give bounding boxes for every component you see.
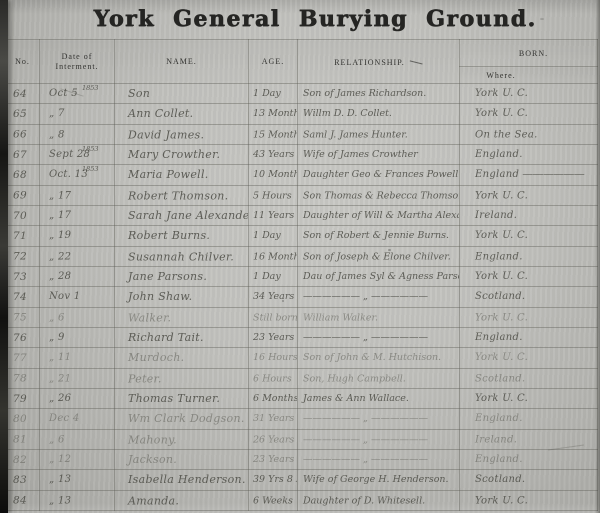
- table-row: 74 Nov 1 John Shaw. 34 Years —————— „ ——…: [6, 287, 598, 307]
- cell-entry-number: 79: [6, 388, 40, 408]
- cell-name: John Shaw.: [115, 287, 249, 307]
- cell-born: Ireland.: [460, 429, 598, 449]
- cell-interment-date: „ 7: [40, 104, 115, 124]
- cell-entry-number: 76: [6, 327, 40, 347]
- cell-interment-date: „ 13: [40, 490, 115, 510]
- date-text: „ 19: [49, 230, 71, 241]
- table-row: 84 „ 13 Amanda. 6 Weeks Daughter of D. W…: [6, 490, 598, 510]
- date-text: „ 6: [49, 434, 65, 445]
- cell-name: Thomas Turner.: [115, 388, 249, 408]
- cell-entry-number: 81: [6, 429, 40, 449]
- cell-interment-date: „ 22: [40, 247, 115, 267]
- cell-entry-number: 64: [6, 84, 40, 104]
- cell-age: 23 Years: [249, 327, 298, 347]
- cell-age: 10 Months: [249, 165, 298, 185]
- date-text: „ 17: [49, 190, 71, 201]
- cell-entry-number: 78: [6, 368, 40, 388]
- cell-age: 11 Years: [249, 205, 298, 225]
- table-row: 73 „ 28 Jane Parsons. 1 Day Dau of James…: [6, 266, 598, 286]
- cell-entry-number: 72: [6, 247, 40, 267]
- table-row: 75 „ 6 Walker. Still born William Walker…: [6, 307, 598, 327]
- cell-name: Mary Crowther.: [115, 144, 249, 164]
- cell-entry-number: 68: [6, 165, 40, 185]
- cell-interment-date: „ 13: [40, 470, 115, 490]
- date-text: Nov 1: [49, 291, 80, 302]
- col-header-where: Where.: [460, 67, 598, 84]
- cell-interment-date: Dec 4: [40, 409, 115, 429]
- table-row: 81 „ 6 Mahony. 26 Years —————— „ —————— …: [6, 429, 598, 449]
- cell-age: 5 Hours: [249, 186, 298, 206]
- cell-age: 1 Day: [249, 266, 298, 286]
- table-row: 80 Dec 4 Wm Clark Dodgson. 31 Years ————…: [6, 409, 598, 429]
- cell-entry-number: 82: [6, 449, 40, 469]
- cell-relationship: Daughter Geo & Frances Powell.: [298, 165, 460, 185]
- table-row: 77 „ 11 Murdoch. 16 Hours Son of John & …: [6, 348, 598, 368]
- cell-born: Scotland.: [460, 368, 598, 388]
- date-text: „ 26: [49, 393, 71, 404]
- cell-relationship: Dau of James Syl & Agness Parsons.: [298, 266, 460, 286]
- cell-born: England.: [460, 247, 598, 267]
- cell-relationship: Son of John & M. Hutchison.: [298, 348, 460, 368]
- cell-relationship: Wife of George H. Henderson.: [298, 470, 460, 490]
- cell-born: York U. C.: [460, 226, 598, 246]
- cell-interment-date: „ 21: [40, 368, 115, 388]
- table-row: 65 „ 7 Ann Collet. 13 Months Willm D. D.…: [6, 104, 598, 124]
- col-header-born: BORN.: [460, 40, 598, 67]
- date-text: „ 28: [49, 271, 71, 282]
- cell-relationship: —————— „ ——————: [298, 429, 460, 449]
- cell-name: Jackson.: [115, 449, 249, 469]
- cell-relationship: —————— „ ——————: [298, 449, 460, 469]
- cell-born: York U. C.: [460, 348, 598, 368]
- cell-relationship: Son of Robert & Jennie Burns.: [298, 226, 460, 246]
- date-text: „ 22: [49, 251, 71, 262]
- pen-stray-mark: [409, 53, 424, 64]
- date-text: „ 13: [49, 474, 71, 485]
- table-row: 83 „ 13 Isabella Henderson. 39 Yrs 8 Mon…: [6, 470, 598, 490]
- cell-name: David James.: [115, 125, 249, 145]
- table-row: 78 „ 21 Peter. 6 Hours Son, Hugh Campbel…: [6, 368, 598, 388]
- col-header-no: No.: [6, 40, 40, 84]
- cell-age: 6 Hours: [249, 368, 298, 388]
- cell-age: 23 Years: [249, 449, 298, 469]
- date-text: „ 9: [49, 332, 65, 343]
- table-body: 64 1853Oct 5 Son 1 Day Son of James Rich…: [6, 84, 598, 511]
- table-header: No. Date of Interment. NAME. AGE. RELATI…: [6, 40, 598, 84]
- cell-relationship: —————— „ ——————: [298, 287, 460, 307]
- cell-name: Richard Tait.: [115, 327, 249, 347]
- cell-born: England ――――――: [460, 165, 598, 185]
- date-text: „ 21: [49, 373, 71, 384]
- cell-age: 31 Years: [249, 409, 298, 429]
- cell-born: England.: [460, 449, 598, 469]
- cell-relationship: James & Ann Wallace.: [298, 388, 460, 408]
- cell-entry-number: 74: [6, 287, 40, 307]
- table-row: 71 „ 19 Robert Burns. 1 Day Son of Rober…: [6, 226, 598, 246]
- cell-born: York U. C.: [460, 308, 598, 328]
- cell-relationship: Son of James Richardson.: [298, 84, 460, 104]
- table-row: 82 „ 12 Jackson. 23 Years —————— „ —————…: [6, 449, 598, 469]
- table-row: 68 1853Oct. 13 Maria Powell. 10 Months D…: [6, 165, 598, 185]
- cell-name: Walker.: [115, 308, 249, 328]
- cell-entry-number: 65: [6, 104, 40, 124]
- table-row: 70 „ 17 Sarah Jane Alexander. 11 Years D…: [6, 205, 598, 225]
- cell-interment-date: 1853Oct. 13: [40, 165, 115, 185]
- col-header-date: Date of Interment.: [40, 40, 115, 84]
- date-text: „ 11: [49, 352, 71, 363]
- cell-interment-date: 1853Sept 28: [40, 144, 115, 164]
- cell-born: On the Sea.: [460, 125, 598, 145]
- cell-relationship: William Walker.: [298, 308, 460, 328]
- cell-age: 16 Hours: [249, 348, 298, 368]
- date-text: Oct 5: [49, 88, 78, 99]
- cell-entry-number: 69: [6, 186, 40, 206]
- cell-relationship: Son of Joseph & Elone Chilver.: [298, 247, 460, 267]
- cell-name: Robert Thomson.: [115, 186, 249, 206]
- cell-entry-number: 80: [6, 409, 40, 429]
- cell-entry-number: 73: [6, 266, 40, 286]
- cell-name: Maria Powell.: [115, 165, 249, 185]
- cell-name: Peter.: [115, 368, 249, 388]
- cell-interment-date: „ 8: [40, 125, 115, 145]
- date-text: „ 8: [49, 129, 65, 140]
- cell-interment-date: „ 26: [40, 388, 115, 408]
- cell-age: 1 Day: [249, 226, 298, 246]
- cell-name: Amanda.: [115, 490, 249, 510]
- cell-born: York U. C.: [460, 490, 598, 510]
- cell-relationship: Son, Hugh Campbell.: [298, 368, 460, 388]
- page-edge-shadow: [595, 0, 600, 513]
- cell-born: York U. C.: [460, 186, 598, 206]
- cell-born: York U. C.: [460, 388, 598, 408]
- cell-born: England.: [460, 144, 598, 164]
- scanned-register-page: York General Burying Ground. No. Date of…: [0, 0, 600, 513]
- cell-born: Scotland.: [460, 287, 598, 307]
- cell-name: Susannah Chilver.: [115, 247, 249, 267]
- cell-interment-date: „ 9: [40, 327, 115, 347]
- cell-age: 6 Months: [249, 388, 298, 408]
- cell-interment-date: „ 6: [40, 308, 115, 328]
- cell-relationship: Son Thomas & Rebecca Thomson: [298, 186, 460, 206]
- cell-age: 34 Years: [249, 287, 298, 307]
- cell-born: Scotland.: [460, 470, 598, 490]
- year-annotation: 1853: [82, 84, 99, 92]
- cell-interment-date: 1853Oct 5: [40, 84, 115, 104]
- cell-entry-number: 75: [6, 308, 40, 328]
- cell-name: Ann Collet.: [115, 104, 249, 124]
- date-text: „ 13: [49, 495, 71, 506]
- date-text: „ 17: [49, 210, 71, 221]
- table-row: 76 „ 9 Richard Tait. 23 Years —————— „ —…: [6, 327, 598, 347]
- cell-name: Sarah Jane Alexander.: [115, 205, 249, 225]
- burial-register-table: No. Date of Interment. NAME. AGE. RELATI…: [5, 39, 598, 511]
- col-header-age: AGE.: [249, 40, 298, 84]
- cell-born: York U. C.: [460, 104, 598, 124]
- cell-age: 6 Weeks: [249, 490, 298, 510]
- cell-relationship: Daughter of D. Whitesell.: [298, 490, 460, 510]
- cell-age: 13 Months: [249, 104, 298, 124]
- cell-interment-date: „ 28: [40, 266, 115, 286]
- cell-born: York U. C.: [460, 266, 598, 286]
- date-text: „ 12: [49, 454, 71, 465]
- cell-name: Son: [115, 84, 249, 104]
- cell-interment-date: „ 19: [40, 226, 115, 246]
- table-row: 69 „ 17 Robert Thomson. 5 Hours Son Thom…: [6, 185, 598, 205]
- year-annotation: 1853: [82, 145, 99, 153]
- cell-entry-number: 83: [6, 470, 40, 490]
- cell-interment-date: „ 12: [40, 449, 115, 469]
- cell-age: 16 Months: [249, 247, 298, 267]
- date-text: „ 6: [49, 312, 65, 323]
- date-text: „ 7: [49, 108, 65, 119]
- cell-interment-date: „ 6: [40, 429, 115, 449]
- table-row: 79 „ 26 Thomas Turner. 6 Months James & …: [6, 388, 598, 408]
- col-header-name: NAME.: [115, 40, 249, 84]
- cell-age: 39 Yrs 8 Mon: [249, 470, 298, 490]
- cell-interment-date: „ 11: [40, 348, 115, 368]
- cell-born: England.: [460, 409, 598, 429]
- cell-name: Robert Burns.: [115, 226, 249, 246]
- cell-born: Ireland.: [460, 205, 598, 225]
- cell-age: Still born: [249, 308, 298, 328]
- cell-entry-number: 77: [6, 348, 40, 368]
- cell-interment-date: „ 17: [40, 186, 115, 206]
- cell-relationship: Willm D. D. Collet.: [298, 104, 460, 124]
- cell-name: Murdoch.: [115, 348, 249, 368]
- col-header-relationship: RELATIONSHIP.: [298, 40, 460, 84]
- cell-relationship: Saml J. James Hunter.: [298, 125, 460, 145]
- year-annotation: 1853: [82, 165, 99, 173]
- cell-relationship: Wife of James Crowther: [298, 144, 460, 164]
- cell-relationship: —————— „ ——————: [298, 327, 460, 347]
- cell-entry-number: 70: [6, 205, 40, 225]
- cell-age: 1 Day: [249, 84, 298, 104]
- cell-entry-number: 66: [6, 125, 40, 145]
- table-row: 64 1853Oct 5 Son 1 Day Son of James Rich…: [6, 84, 598, 104]
- cell-age: 15 Months: [249, 125, 298, 145]
- cell-relationship: Daughter of Will & Martha Alexander.: [298, 205, 460, 225]
- cell-interment-date: Nov 1: [40, 287, 115, 307]
- cell-age: 26 Years: [249, 429, 298, 449]
- table-row: 72 „ 22 Susannah Chilver. 16 Months Son …: [6, 246, 598, 266]
- cell-name: Wm Clark Dodgson.: [115, 409, 249, 429]
- table-row: 67 1853Sept 28 Mary Crowther. 43 Years W…: [6, 144, 598, 164]
- date-text: Dec 4: [49, 413, 80, 424]
- cell-entry-number: 84: [6, 490, 40, 510]
- page-title: York General Burying Ground.: [30, 6, 600, 32]
- book-binding-edge: [0, 0, 8, 513]
- cell-interment-date: „ 17: [40, 205, 115, 225]
- cell-name: Isabella Henderson.: [115, 470, 249, 490]
- table-row: 66 „ 8 David James. 15 Months Saml J. Ja…: [6, 124, 598, 144]
- cell-name: Jane Parsons.: [115, 266, 249, 286]
- cell-name: Mahony.: [115, 429, 249, 449]
- cell-born: England.: [460, 327, 598, 347]
- cell-relationship: —————— „ ——————: [298, 409, 460, 429]
- relationship-label: RELATIONSHIP.: [334, 58, 405, 67]
- cell-born: York U. C.: [460, 84, 598, 104]
- cell-entry-number: 67: [6, 144, 40, 164]
- cell-age: 43 Years: [249, 144, 298, 164]
- cell-entry-number: 71: [6, 226, 40, 246]
